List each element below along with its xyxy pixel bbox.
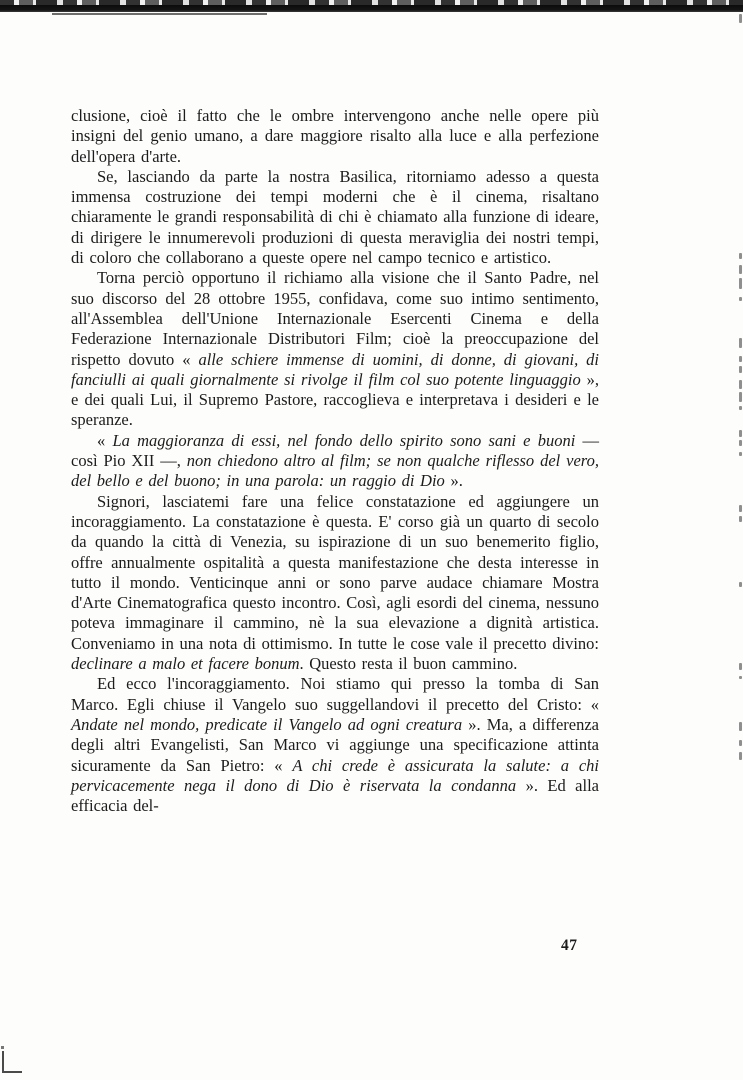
scan-artifact-dash — [739, 297, 742, 301]
scan-artifact-dash — [739, 452, 742, 456]
scan-artifact-dash — [739, 516, 742, 522]
scan-artifact-dash — [739, 430, 742, 437]
paragraph: Ed ecco l'incoraggiamento. Noi stiamo qu… — [71, 674, 599, 816]
scan-artifact-dash — [739, 265, 742, 274]
text-run: . Questo resta il buon cammino. — [300, 654, 518, 673]
scan-artifact-dash — [739, 380, 742, 389]
scan-artifact-dash — [739, 14, 742, 23]
text-run: clusione, cioè il fatto che le ombre int… — [71, 106, 599, 166]
paragraph: Torna perciò opportuno il richiamo alla … — [71, 268, 599, 430]
italic-text-run: declinare a malo et facere bonum — [71, 654, 300, 673]
scan-artifact-dash — [739, 440, 742, 446]
paragraph: Signori, lasciatemi fare una felice cons… — [71, 492, 599, 675]
text-run: Signori, lasciatemi fare una felice cons… — [71, 492, 599, 653]
scan-artifact-dash — [739, 253, 742, 259]
text-block: clusione, cioè il fatto che le ombre int… — [71, 106, 599, 816]
scan-artifact-dash — [739, 740, 742, 746]
page-number: 47 — [561, 937, 578, 955]
scan-artifact-top-bar — [0, 5, 743, 12]
scan-artifact-dash — [739, 366, 742, 373]
book-page-scan: { "page": { "number": "47" }, "content":… — [0, 0, 743, 1080]
scan-artifact-dash — [739, 676, 742, 679]
paragraph: Se, lasciando da parte la nostra Basilic… — [71, 167, 599, 268]
text-run: Se, lasciando da parte la nostra Basilic… — [71, 167, 599, 267]
text-run: ». — [445, 471, 463, 490]
scan-artifact-dash — [739, 722, 742, 731]
scan-artifact-dash — [739, 406, 742, 410]
scan-artifact-dash — [739, 392, 742, 402]
scan-artifact-corner — [2, 1051, 22, 1073]
scan-artifact-dash — [739, 663, 742, 670]
scan-artifact-dash — [739, 752, 742, 760]
text-run: Ed ecco l'incoraggiamento. Noi stiamo qu… — [71, 674, 599, 713]
paragraph: « La maggioranza di essi, nel fondo dell… — [71, 431, 599, 492]
italic-text-run: La maggioranza di essi, nel fondo dello … — [112, 431, 575, 450]
scan-artifact-dash — [739, 582, 742, 587]
italic-text-run: Andate nel mondo, predicate il Vangelo a… — [71, 715, 462, 734]
scan-artifact-dash — [739, 338, 742, 348]
paragraph: clusione, cioè il fatto che le ombre int… — [71, 106, 599, 167]
scan-artifact-dash — [739, 505, 742, 512]
text-run: « — [97, 431, 112, 450]
scan-artifact-corner-dot — [1, 1046, 4, 1049]
scan-artifact-top-underline — [52, 13, 267, 15]
scan-artifact-dash — [739, 278, 742, 289]
scan-artifact-dash — [739, 356, 742, 362]
